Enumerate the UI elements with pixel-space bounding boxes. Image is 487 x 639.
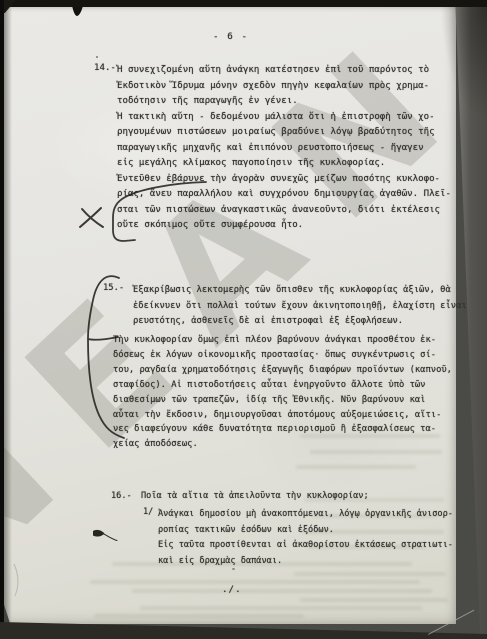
bleedthrough-streak bbox=[90, 580, 420, 584]
text-line: οὔτε σκόπιμος οὔτε συμφέρουσα ἦτο. bbox=[117, 218, 451, 234]
text-line: ἐδείκνυεν ὅτι πολλαὶ τούτων ἔχουν ἀκινητ… bbox=[112, 299, 467, 315]
text-line: Ἡ συνεχιζομένη αὕτη ἀνάγκη κατέστησεν ἐπ… bbox=[117, 63, 451, 79]
text-line: δόσεως ἐκ λόγων οἰκονομικῆς προστασίας· … bbox=[113, 348, 452, 363]
text-line: παραγωγικῆς μηχανῆς καὶ ἐπιπόνου ρευστοπ… bbox=[117, 141, 451, 157]
scanned-document-screenshot: ΝΕΑΝ - 6 - 14.- Ἡ συνεχιζομένη αὕτη ἀνάγ… bbox=[0, 0, 487, 639]
item-16-subitem-1: Ἀνάγκαι δημοσίου μὴ ἀνακοπτόμεναι, λόγῳ … bbox=[158, 507, 453, 538]
subitem-number-1: 1/ bbox=[143, 507, 153, 517]
text-line: ροπίας τακτικῶν ἐσόδων καὶ ἐξόδων. bbox=[158, 523, 453, 539]
bleedthrough-streak bbox=[132, 589, 432, 593]
continuation-mark: ./. bbox=[222, 584, 242, 595]
bleedthrough-streak bbox=[294, 572, 446, 576]
item-number-14: 14.- bbox=[94, 63, 116, 73]
text-line: Ἡ τακτικὴ αὕτη - δεδομένου μάλιστα ὅτι ἡ… bbox=[117, 110, 451, 126]
paragraph: Ἐντεῦθεν ἐβάρυνε τὴν ἀγορὰν συνεχῶς μείζ… bbox=[117, 172, 451, 234]
text-line: ρίας, ἄνευ παραλλήλου καὶ συγχρόνου δημι… bbox=[117, 187, 451, 203]
page-number: - 6 - bbox=[213, 31, 249, 42]
text-line: σταφίδος). Αἱ πιστοδοτήσεις αὗται ἐνηργο… bbox=[113, 378, 452, 393]
text-line: Ἐξακρίβωσις λεκτομερὴς τῶν ὄπισθεν τῆς κ… bbox=[112, 283, 467, 299]
item-16-heading: Ποῖα τὰ αἴτια τὰ ἀπειλοῦντα τὴν κυκλοφορ… bbox=[141, 491, 369, 501]
scan-edge-left bbox=[0, 0, 4, 639]
item-16-subitem-2: Εἰς ταῦτα προστίθενται αἱ ἀκαθορίστου ἐκ… bbox=[158, 538, 453, 569]
section-item-15-para-1: Ἐξακρίβωσις λεκτομερὴς τῶν ὄπισθεν τῆς κ… bbox=[112, 283, 467, 330]
paragraph: Ἡ τακτικὴ αὕτη - δεδομένου μάλιστα ὅτι ἡ… bbox=[117, 110, 451, 172]
text-line: Ἐντεῦθεν ἐβάρυνε τὴν ἀγορὰν συνεχῶς μείζ… bbox=[117, 172, 451, 188]
text-line: διαθεσίμων τῶν τραπεζῶν, ἰδίᾳ τῆς Ἐθνικῆ… bbox=[113, 393, 452, 408]
scan-edge-left-shadow bbox=[4, 0, 12, 639]
text-line: ρηγουμένων πιστώσεων μοιραίως βραδύνει λ… bbox=[117, 125, 451, 141]
text-line: Ἐκδοτικὸν Ἵδρυμα μόνην σχεδὸν πηγὴν κεφα… bbox=[117, 79, 451, 95]
text-line: αὗται τὴν ἔκδοσιν, δημιουργοῦσαι ἀποτόμο… bbox=[113, 408, 452, 423]
bleedthrough-streak bbox=[300, 598, 448, 602]
item-number-16: 16.- bbox=[111, 491, 132, 501]
text-line: καὶ εἰς δραχμὰς δαπάναι. bbox=[158, 554, 453, 570]
text-line: χείας ἀποδόσεως. bbox=[113, 437, 452, 452]
text-line: Ἀνάγκαι δημοσίου μὴ ἀνακοπτόμεναι, λόγῳ … bbox=[158, 507, 453, 523]
section-item-15-para-2: Τὴν κυκλοφορίαν ὅμως ἐπὶ πλέον βαρύνουν … bbox=[113, 333, 452, 452]
text-line: Εἰς ταῦτα προστίθενται αἱ ἀκαθορίστου ἐκ… bbox=[158, 538, 453, 554]
text-line: εἰς μεγάλης κλίμακος παγοποίησιν τῆς κυκ… bbox=[117, 156, 451, 172]
paragraph: Ἡ συνεχιζομένη αὕτη ἀνάγκη κατέστησεν ἐπ… bbox=[117, 63, 451, 110]
text-line: ρευστότης, ἀσθενεῖς δὲ αἱ ἐπιστροφαὶ ἐξ … bbox=[112, 314, 467, 330]
paper-speck bbox=[96, 56, 98, 58]
text-line: Τὴν κυκλοφορίαν ὅμως ἐπὶ πλέον βαρύνουν … bbox=[113, 333, 452, 348]
bleedthrough-streak bbox=[94, 614, 304, 618]
text-line: τοδότησιν τῆς παραγωγῆς ἐν γένει. bbox=[117, 94, 451, 110]
text-line: σται τῶν πιστώσεων ἀναγκαστικῶς ἀνανεοῦν… bbox=[117, 203, 451, 219]
text-line: του, ραγδαία χρηματοδότησις ἐξαγωγῆς δια… bbox=[113, 363, 452, 378]
scan-edge-top bbox=[0, 0, 487, 7]
bleedthrough-streak bbox=[140, 606, 422, 610]
text-line: νες διαφεύγουν κάθε δυνατότητα περιορισμ… bbox=[113, 422, 452, 437]
scan-edge-right-corner-shade bbox=[440, 0, 487, 120]
bleedthrough-streak bbox=[296, 465, 416, 469]
section-item-14: Ἡ συνεχιζομένη αὕτη ἀνάγκη κατέστησεν ἐπ… bbox=[117, 63, 451, 234]
paper-speck bbox=[232, 568, 235, 570]
